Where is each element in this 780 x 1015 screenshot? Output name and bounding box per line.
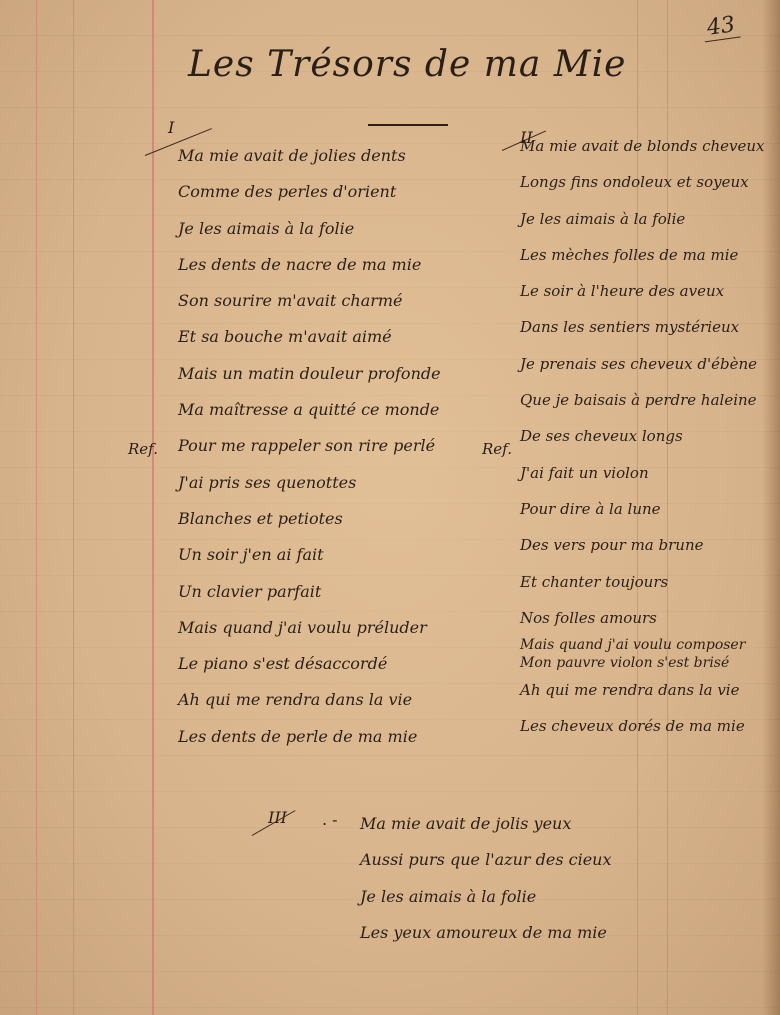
- verse-line: Aussi purs que l'azur des cieux: [360, 842, 611, 878]
- verse-line: Je les aimais à la folie: [178, 211, 441, 247]
- verse-line: J'ai fait un violon: [520, 455, 765, 491]
- stanza-numeral-1: I: [168, 118, 174, 137]
- verse-line: Je les aimais à la folie: [520, 201, 765, 237]
- verse-line: Blanches et petiotes: [178, 501, 441, 537]
- verse-line: Je les aimais à la folie: [360, 879, 611, 915]
- verse-line: De ses cheveux longs: [520, 418, 765, 454]
- verse-line: Le soir à l'heure des aveux: [520, 273, 765, 309]
- verse-line: Les mèches folles de ma mie: [520, 237, 765, 273]
- stanza-1-lines: Ma mie avait de jolies dents Comme des p…: [178, 138, 441, 755]
- verse-line: Ah qui me rendra dans la vie: [178, 682, 441, 718]
- verse-line: Mais un matin douleur profonde: [178, 356, 441, 392]
- verse-line: Longs fins ondoleux et soyeux: [520, 164, 765, 200]
- verse-line: Ma mie avait de jolies dents: [178, 138, 441, 174]
- verse-line: Pour me rappeler son rire perlé: [178, 428, 441, 464]
- notebook-page: 43 Les Trésors de ma Mie I Ma mie avait …: [0, 0, 780, 1015]
- verse-line: Dans les sentiers mystérieux: [520, 309, 765, 345]
- page-title: Les Trésors de ma Mie: [188, 44, 626, 85]
- title-underline: [368, 124, 448, 126]
- verse-line: Nos folles amours: [520, 600, 765, 636]
- verse-line: Le piano s'est désaccordé: [178, 646, 441, 682]
- verse-line: Comme des perles d'orient: [178, 174, 441, 210]
- verse-line: Un soir j'en ai fait: [178, 537, 441, 573]
- margin-line: [36, 0, 37, 1015]
- verse-line: Les dents de nacre de ma mie: [178, 247, 441, 283]
- verse-line: Et chanter toujours: [520, 564, 765, 600]
- verse-line: Pour dire à la lune: [520, 491, 765, 527]
- stanza-dash: . -: [322, 810, 338, 829]
- page-number: 43: [701, 12, 740, 43]
- verse-line: Son sourire m'avait charmé: [178, 283, 441, 319]
- verse-line: Mais quand j'ai voulu composer: [520, 636, 765, 654]
- verse-line: Ma mie avait de blonds cheveux: [520, 128, 765, 164]
- refrain-marker-left: Ref.: [128, 440, 158, 458]
- verse-line: Mon pauvre violon s'est brisé: [520, 654, 765, 672]
- verse-line: Ma maîtresse a quitté ce monde: [178, 392, 441, 428]
- verse-line: Mais quand j'ai voulu préluder: [178, 610, 441, 646]
- verse-line: Les yeux amoureux de ma mie: [360, 915, 611, 951]
- refrain-marker-right: Ref.: [482, 440, 512, 458]
- stanza-3-lines: Ma mie avait de jolis yeux Aussi purs qu…: [360, 806, 611, 951]
- margin-line: [73, 0, 74, 1015]
- verse-line: Que je baisais à perdre haleine: [520, 382, 765, 418]
- verse-line: Et sa bouche m'avait aimé: [178, 319, 441, 355]
- verse-line: Un clavier parfait: [178, 574, 441, 610]
- verse-line: Des vers pour ma brune: [520, 527, 765, 563]
- verse-line: Les dents de perle de ma mie: [178, 719, 441, 755]
- verse-line: Les cheveux dorés de ma mie: [520, 708, 765, 744]
- verse-line: Je prenais ses cheveux d'ébène: [520, 346, 765, 382]
- verse-line: J'ai pris ses quenottes: [178, 465, 441, 501]
- verse-line: Ma mie avait de jolis yeux: [360, 806, 611, 842]
- verse-line: Ah qui me rendra dans la vie: [520, 672, 765, 708]
- stanza-2-lines: Ma mie avait de blonds cheveux Longs fin…: [520, 128, 765, 745]
